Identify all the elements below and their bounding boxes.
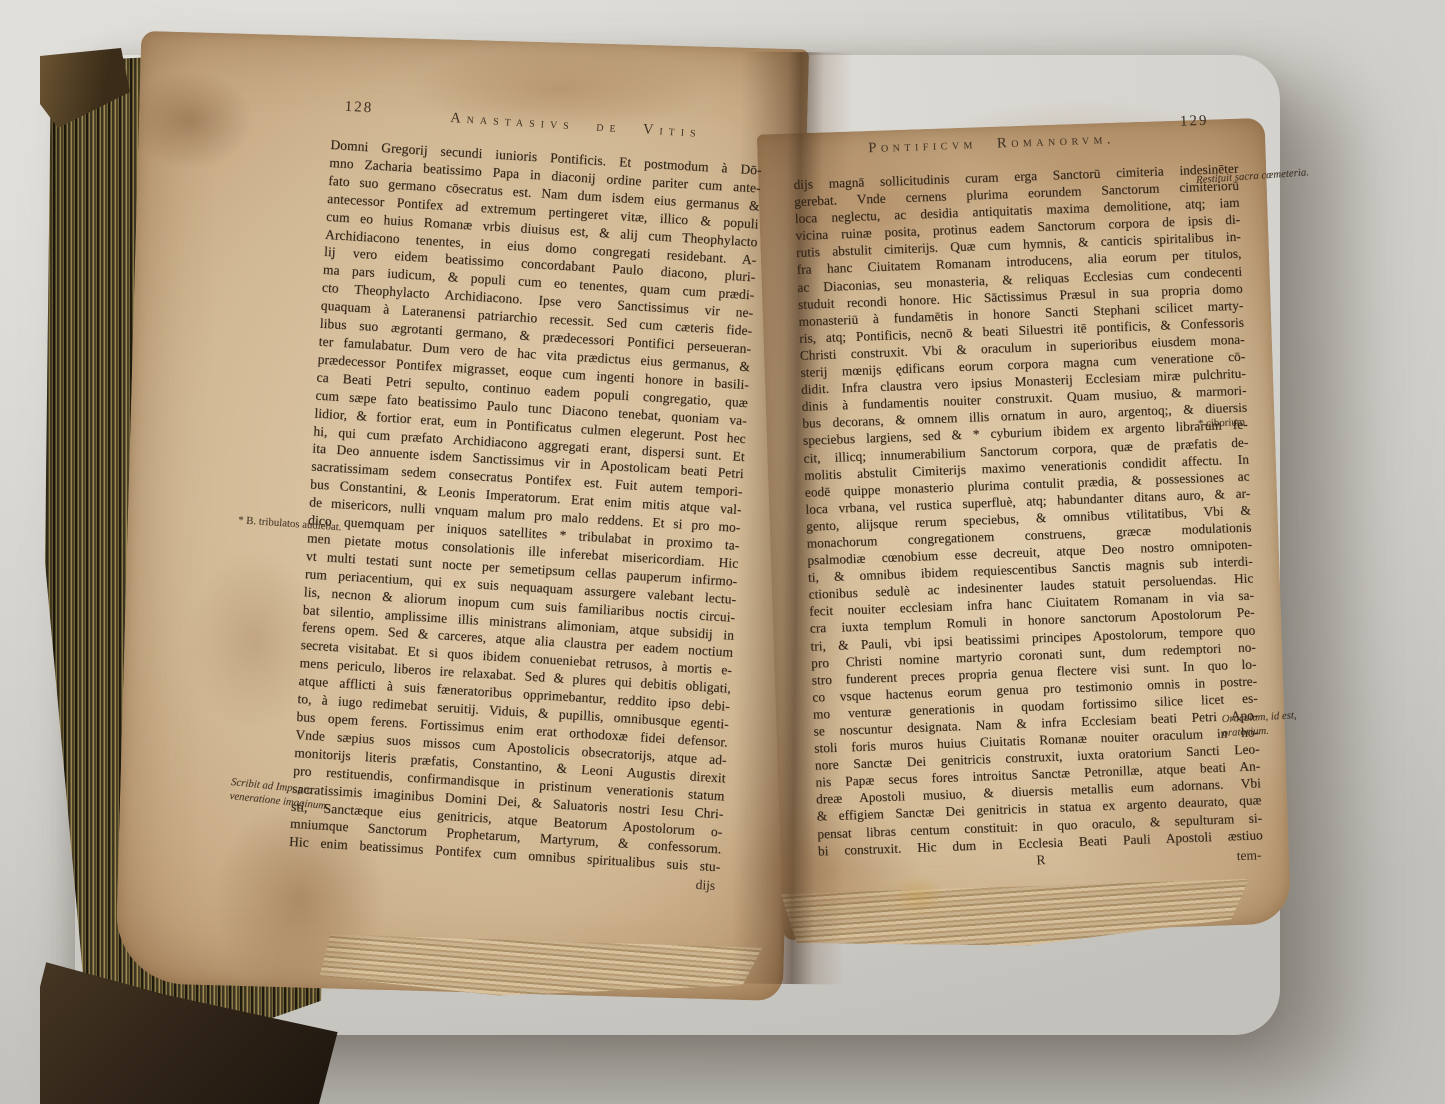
right-page-body-text: dijs magnā sollicitudinis curam erga San… [793, 160, 1263, 860]
right-folio-number: 129 [1180, 113, 1209, 131]
left-catchword: dijs [695, 877, 715, 893]
left-folio-number: 128 [344, 99, 373, 118]
signature-mark: R [1036, 852, 1046, 867]
left-page-text-block: 128 Anastasivs de Vitis Domni Gregorij s… [287, 102, 764, 896]
right-margin-note-ciborium: * ciborium [1198, 414, 1298, 431]
left-page-body-text: Domni Gregorij secundi iunioris Pontific… [289, 136, 763, 877]
right-catchword: tem- [1236, 846, 1261, 865]
right-margin-note-oraculum: Oraculum, id est, oratorium. [1221, 707, 1342, 740]
photo-of-open-antique-book: 128 Anastasivs de Vitis Domni Gregorij s… [0, 0, 1445, 1104]
right-page-text-block: Pontificvm Romanorvm. 129 dijs magnā sol… [792, 126, 1264, 878]
